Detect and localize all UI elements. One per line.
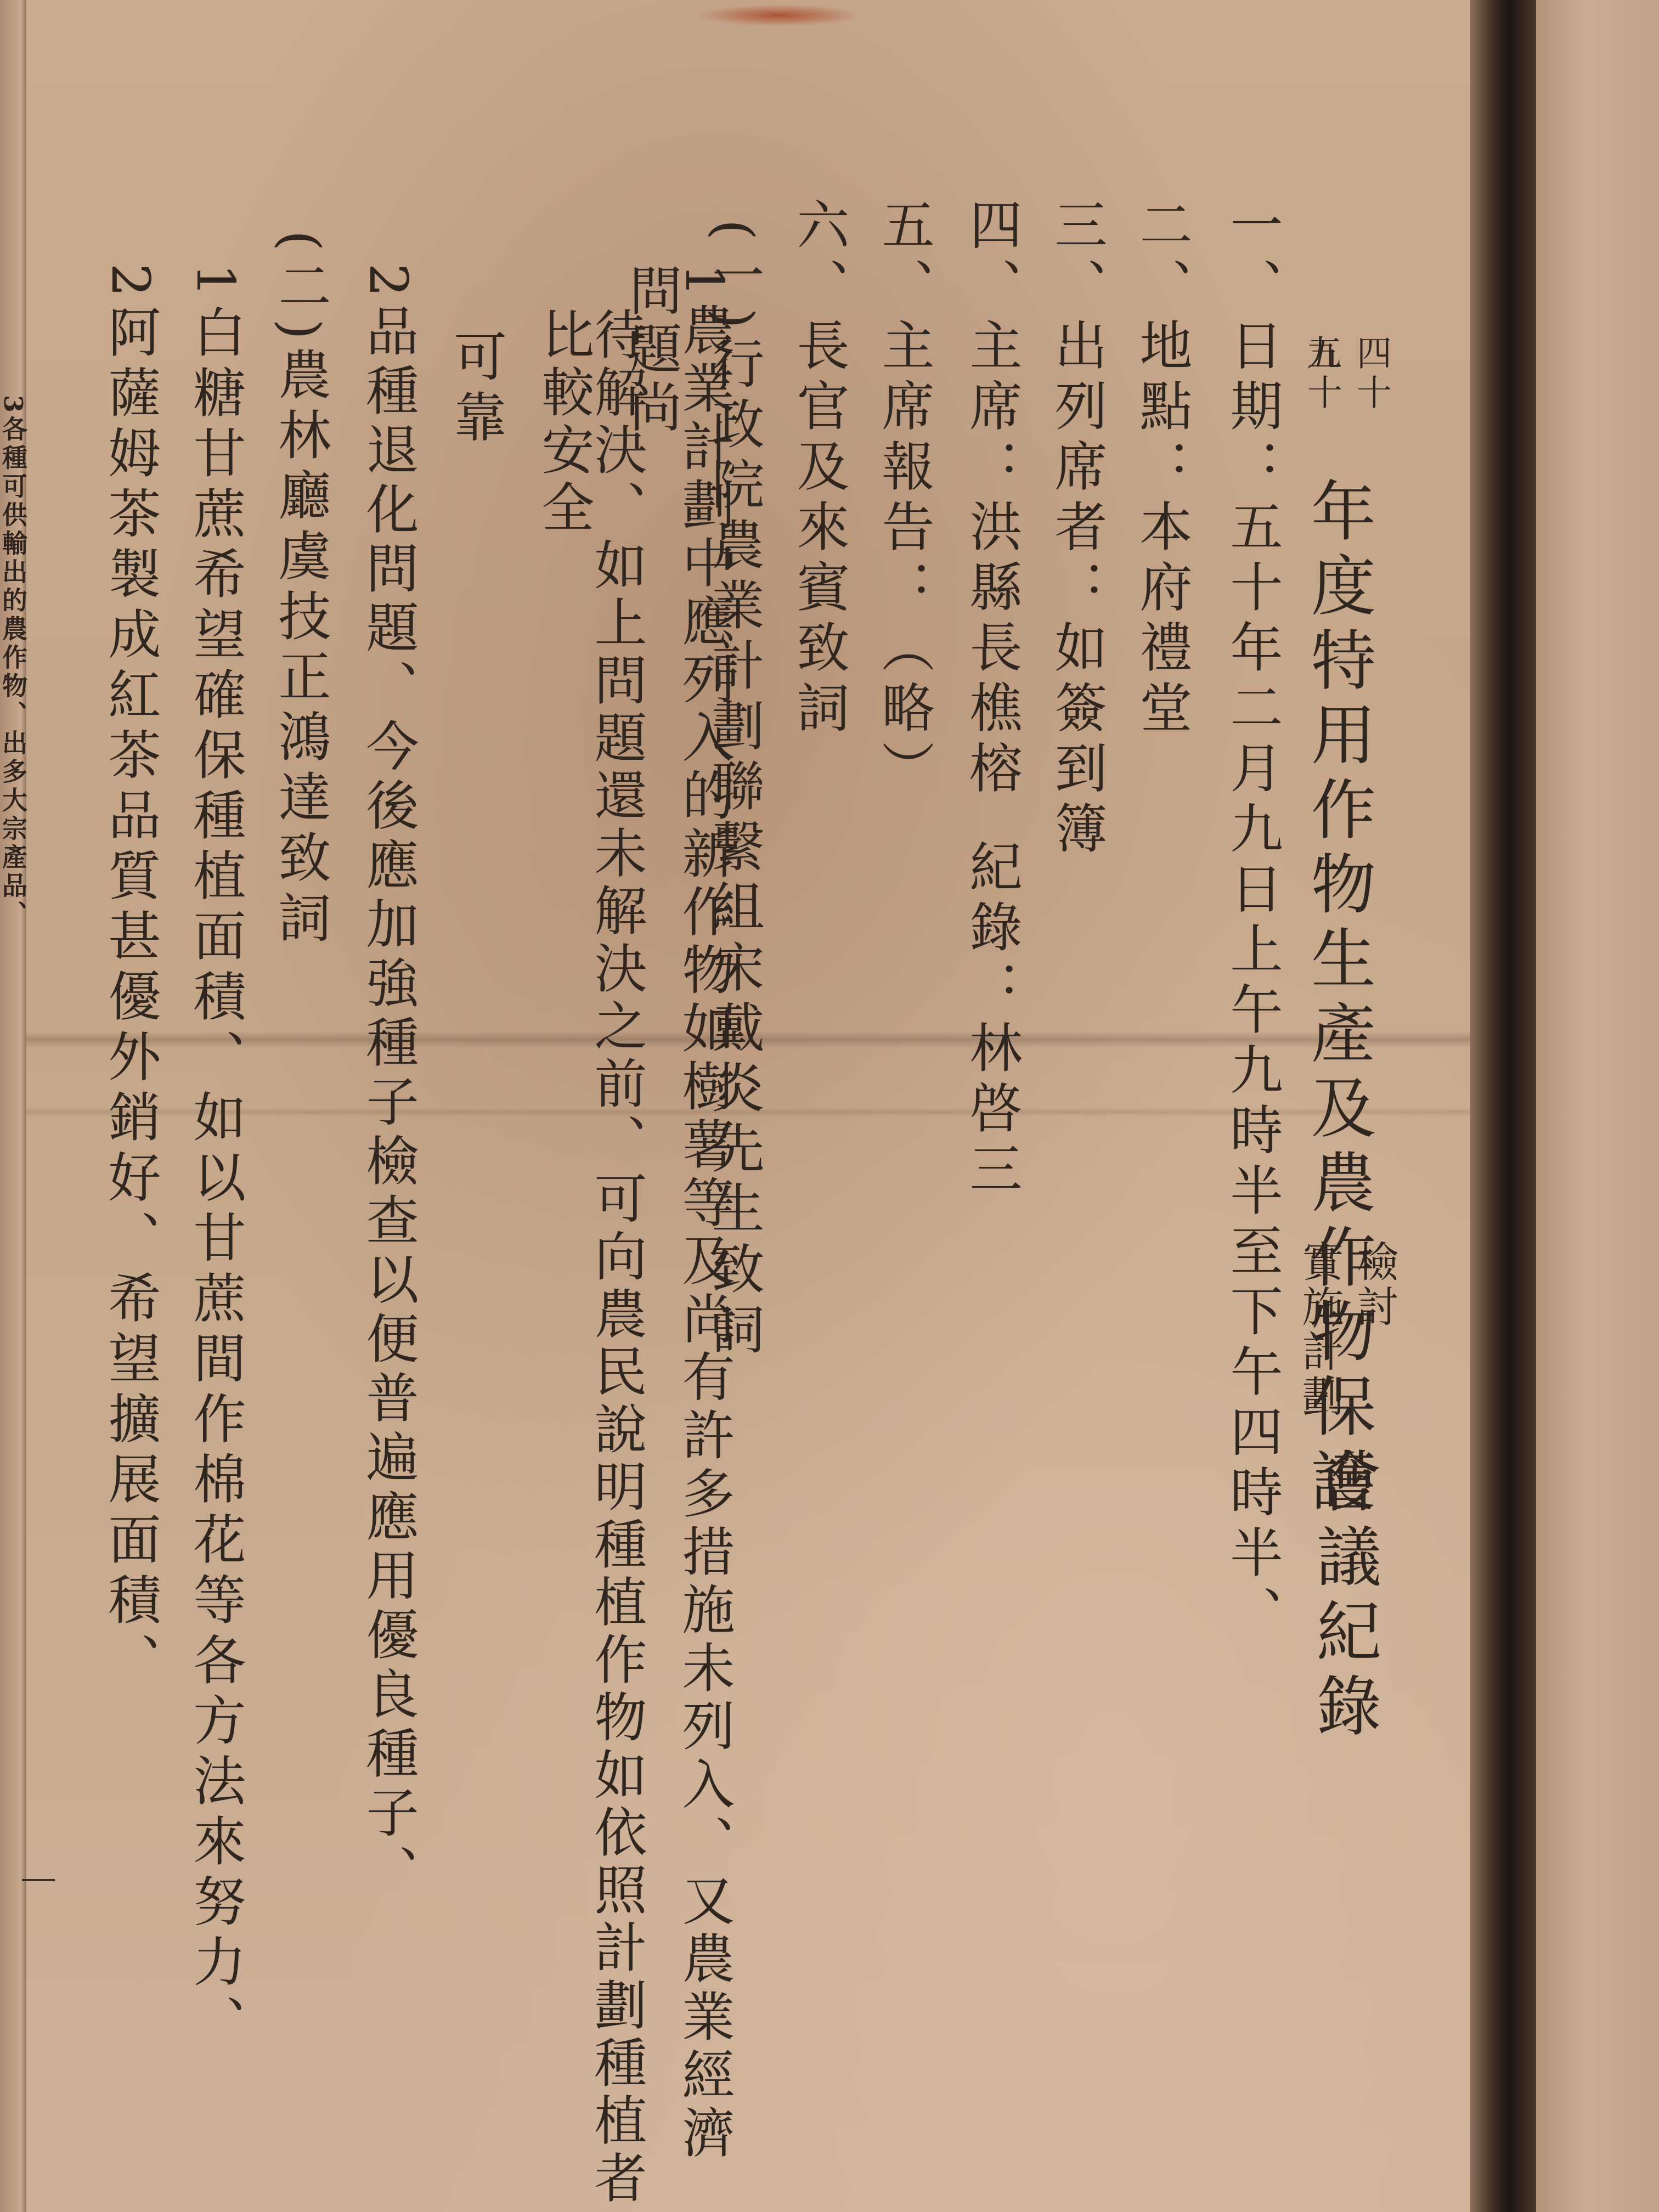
- paper-fold: [26, 1108, 1659, 1116]
- item-chair-report: 五、主席報告：（略）: [878, 198, 930, 801]
- item-value: 洪縣長樵榕: [961, 499, 1023, 801]
- speech-2-heading: (二)農林廳虞技正鴻達致詞: [274, 230, 327, 951]
- item-number: 四、: [961, 198, 1023, 318]
- item-label: 主席報告：: [873, 318, 935, 620]
- point-number: 1: [674, 263, 735, 302]
- speech-2-point-1: 1白糖甘蔗希望確保種植面積、如以甘蔗間作棉花等各方法來努力、: [189, 263, 242, 2055]
- item-value: 本府禮堂: [1131, 499, 1193, 741]
- adjacent-page-text: 3各種可供輸出的農作物、出多大宗產品、: [2, 395, 24, 929]
- speech-1-point-2: 2品種退化問題、今後應加強種子檢查以便普遍應用優良種子、: [362, 263, 415, 1903]
- book-binding-shadow: [1470, 0, 1536, 2212]
- item-speeches: 六、長官及來賓致詞: [793, 198, 845, 741]
- title-suffix: 檢討 實施計劃: [1300, 1240, 1404, 1426]
- speech-number: (二): [270, 230, 331, 347]
- title-suffix-bottom: 實施計劃: [1290, 1240, 1350, 1420]
- item-value: 五十年二月九日上午九時半至下午四時半、: [1222, 499, 1283, 1646]
- point-text: 白糖甘蔗希望確保種植面積、如以甘蔗間作棉花等各方法來努力、: [185, 304, 246, 2055]
- paper-fold: [26, 1031, 1659, 1048]
- item-recorder: 紀錄：林啓三: [966, 839, 1018, 1201]
- point-number: 1: [185, 263, 246, 304]
- point-text: 阿薩姆茶製成紅茶品質甚優外銷好、希望擴展面積、: [100, 304, 161, 1692]
- item-label: 主席：: [961, 318, 1023, 499]
- recorder-name: 林啓三: [961, 1020, 1023, 1201]
- item-date: 一、日期：五十年二月九日上午九時半至下午四時半、: [1226, 198, 1279, 1646]
- margin-mark: [22, 1879, 55, 1881]
- title-suffix-top: 檢討: [1345, 1240, 1404, 1330]
- item-number: 五、: [873, 198, 935, 318]
- point-text: 品種退化問題、今後應加強種子檢查以便普遍應用優良種子、: [358, 303, 419, 1903]
- title-end: 會議紀錄: [1311, 1448, 1376, 1747]
- title-year-bottom: 五十: [1296, 335, 1347, 414]
- item-number: 一、: [1222, 198, 1283, 318]
- item-value: 如簽到簿: [1046, 620, 1108, 861]
- item-location: 二、地點：本府禮堂: [1136, 198, 1188, 741]
- point-number: 2: [358, 263, 419, 303]
- point-number: 2: [100, 263, 161, 304]
- item-value: （略）: [873, 620, 935, 801]
- speech-heading: 農林廳虞技正鴻達致詞: [270, 347, 331, 951]
- item-attendees: 三、出列席者：如簽到簿: [1051, 198, 1103, 861]
- item-label: 日期：: [1222, 318, 1283, 499]
- title-year-prefix: 四十九 五十: [1308, 335, 1396, 450]
- stain-mark: [697, 4, 861, 26]
- item-number: 三、: [1046, 198, 1108, 318]
- next-page-edge: [1536, 0, 1659, 2212]
- speech-1-point-1-tail: 可靠: [450, 329, 503, 450]
- item-number: 六、: [788, 198, 850, 318]
- speech-1-point-1-continued: 待解決、如上問題還未解決之前、可向農民說明種植作物如依照計劃種植者比較安全: [538, 307, 643, 2212]
- recorder-label: 紀錄：: [961, 839, 1023, 1020]
- item-chairman: 四、主席：洪縣長樵榕: [966, 198, 1018, 801]
- item-number: 二、: [1131, 198, 1193, 318]
- item-label: 出列席者：: [1046, 318, 1108, 620]
- speech-2-point-2: 2阿薩姆茶製成紅茶品質甚優外銷好、希望擴展面積、: [104, 263, 157, 1692]
- item-label: 地點：: [1131, 318, 1193, 499]
- item-label: 長官及來賓致詞: [788, 318, 850, 741]
